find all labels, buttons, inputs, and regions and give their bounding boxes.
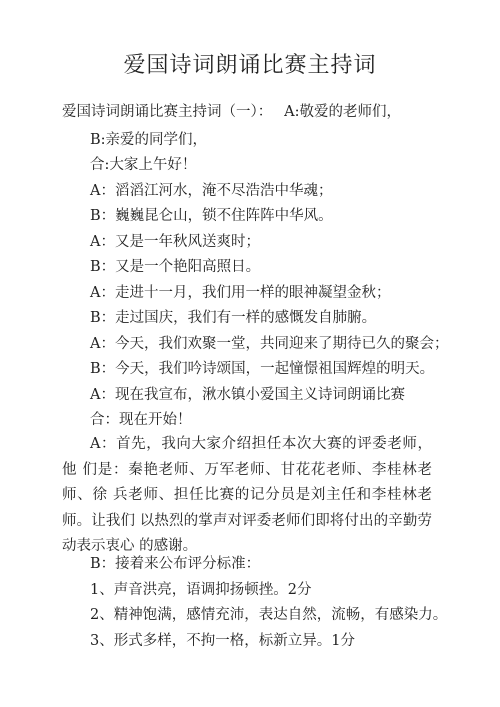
- dialogue-line: A：走进十一月，我们用一样的眼神凝望金秋；: [90, 283, 390, 303]
- scoring-intro: B：接着来公布评分标准：: [90, 554, 260, 574]
- dialogue-line: B：今天，我们吟诗颂国，一起憧憬祖国辉煌的明天。: [90, 359, 434, 379]
- dialogue-line: 合:大家上午好！: [90, 155, 196, 175]
- dialogue-line: A：滔滔江河水，淹不尽浩浩中华魂；: [90, 181, 332, 201]
- dialogue-line: A：今天，我们欢聚一堂，共同迎来了期待已久的聚会；: [90, 334, 448, 354]
- dialogue-line: 合：现在开始！: [90, 410, 192, 430]
- criterion-item: 3、形式多样，不拘一格，标新立异。1分: [90, 631, 355, 651]
- dialogue-line: B：走过国庆，我们有一样的感慨发自肺腑。: [90, 308, 376, 328]
- dialogue-line: B：巍巍昆仑山，锁不住阵阵中华风。: [90, 206, 333, 226]
- dialogue-line: B:亲爱的同学们，: [90, 130, 207, 150]
- dialogue-line: A：又是一年秋风送爽时；: [90, 232, 260, 252]
- dialogue-line: B：又是一个艳阳高照日。: [90, 257, 260, 277]
- document-title: 爱国诗词朗诵比赛主持词: [0, 48, 500, 79]
- criterion-item: 1、声音洪亮，语调抑扬顿挫。2分: [90, 580, 311, 600]
- judges-paragraph: A：首先，我向大家介绍担任本次大赛的评委老师，他 们是：秦艳老师、万军老师、甘花…: [62, 432, 432, 560]
- intro-line: 爱国诗词朗诵比赛主持词（一）： A:敬爱的老师们，: [62, 102, 401, 122]
- dialogue-line: A：现在我宣布，湫水镇小爱国主义诗词朗诵比赛: [90, 385, 405, 405]
- criterion-item: 2、精神饱满，感情充沛，表达自然，流畅，有感染力。: [90, 605, 447, 625]
